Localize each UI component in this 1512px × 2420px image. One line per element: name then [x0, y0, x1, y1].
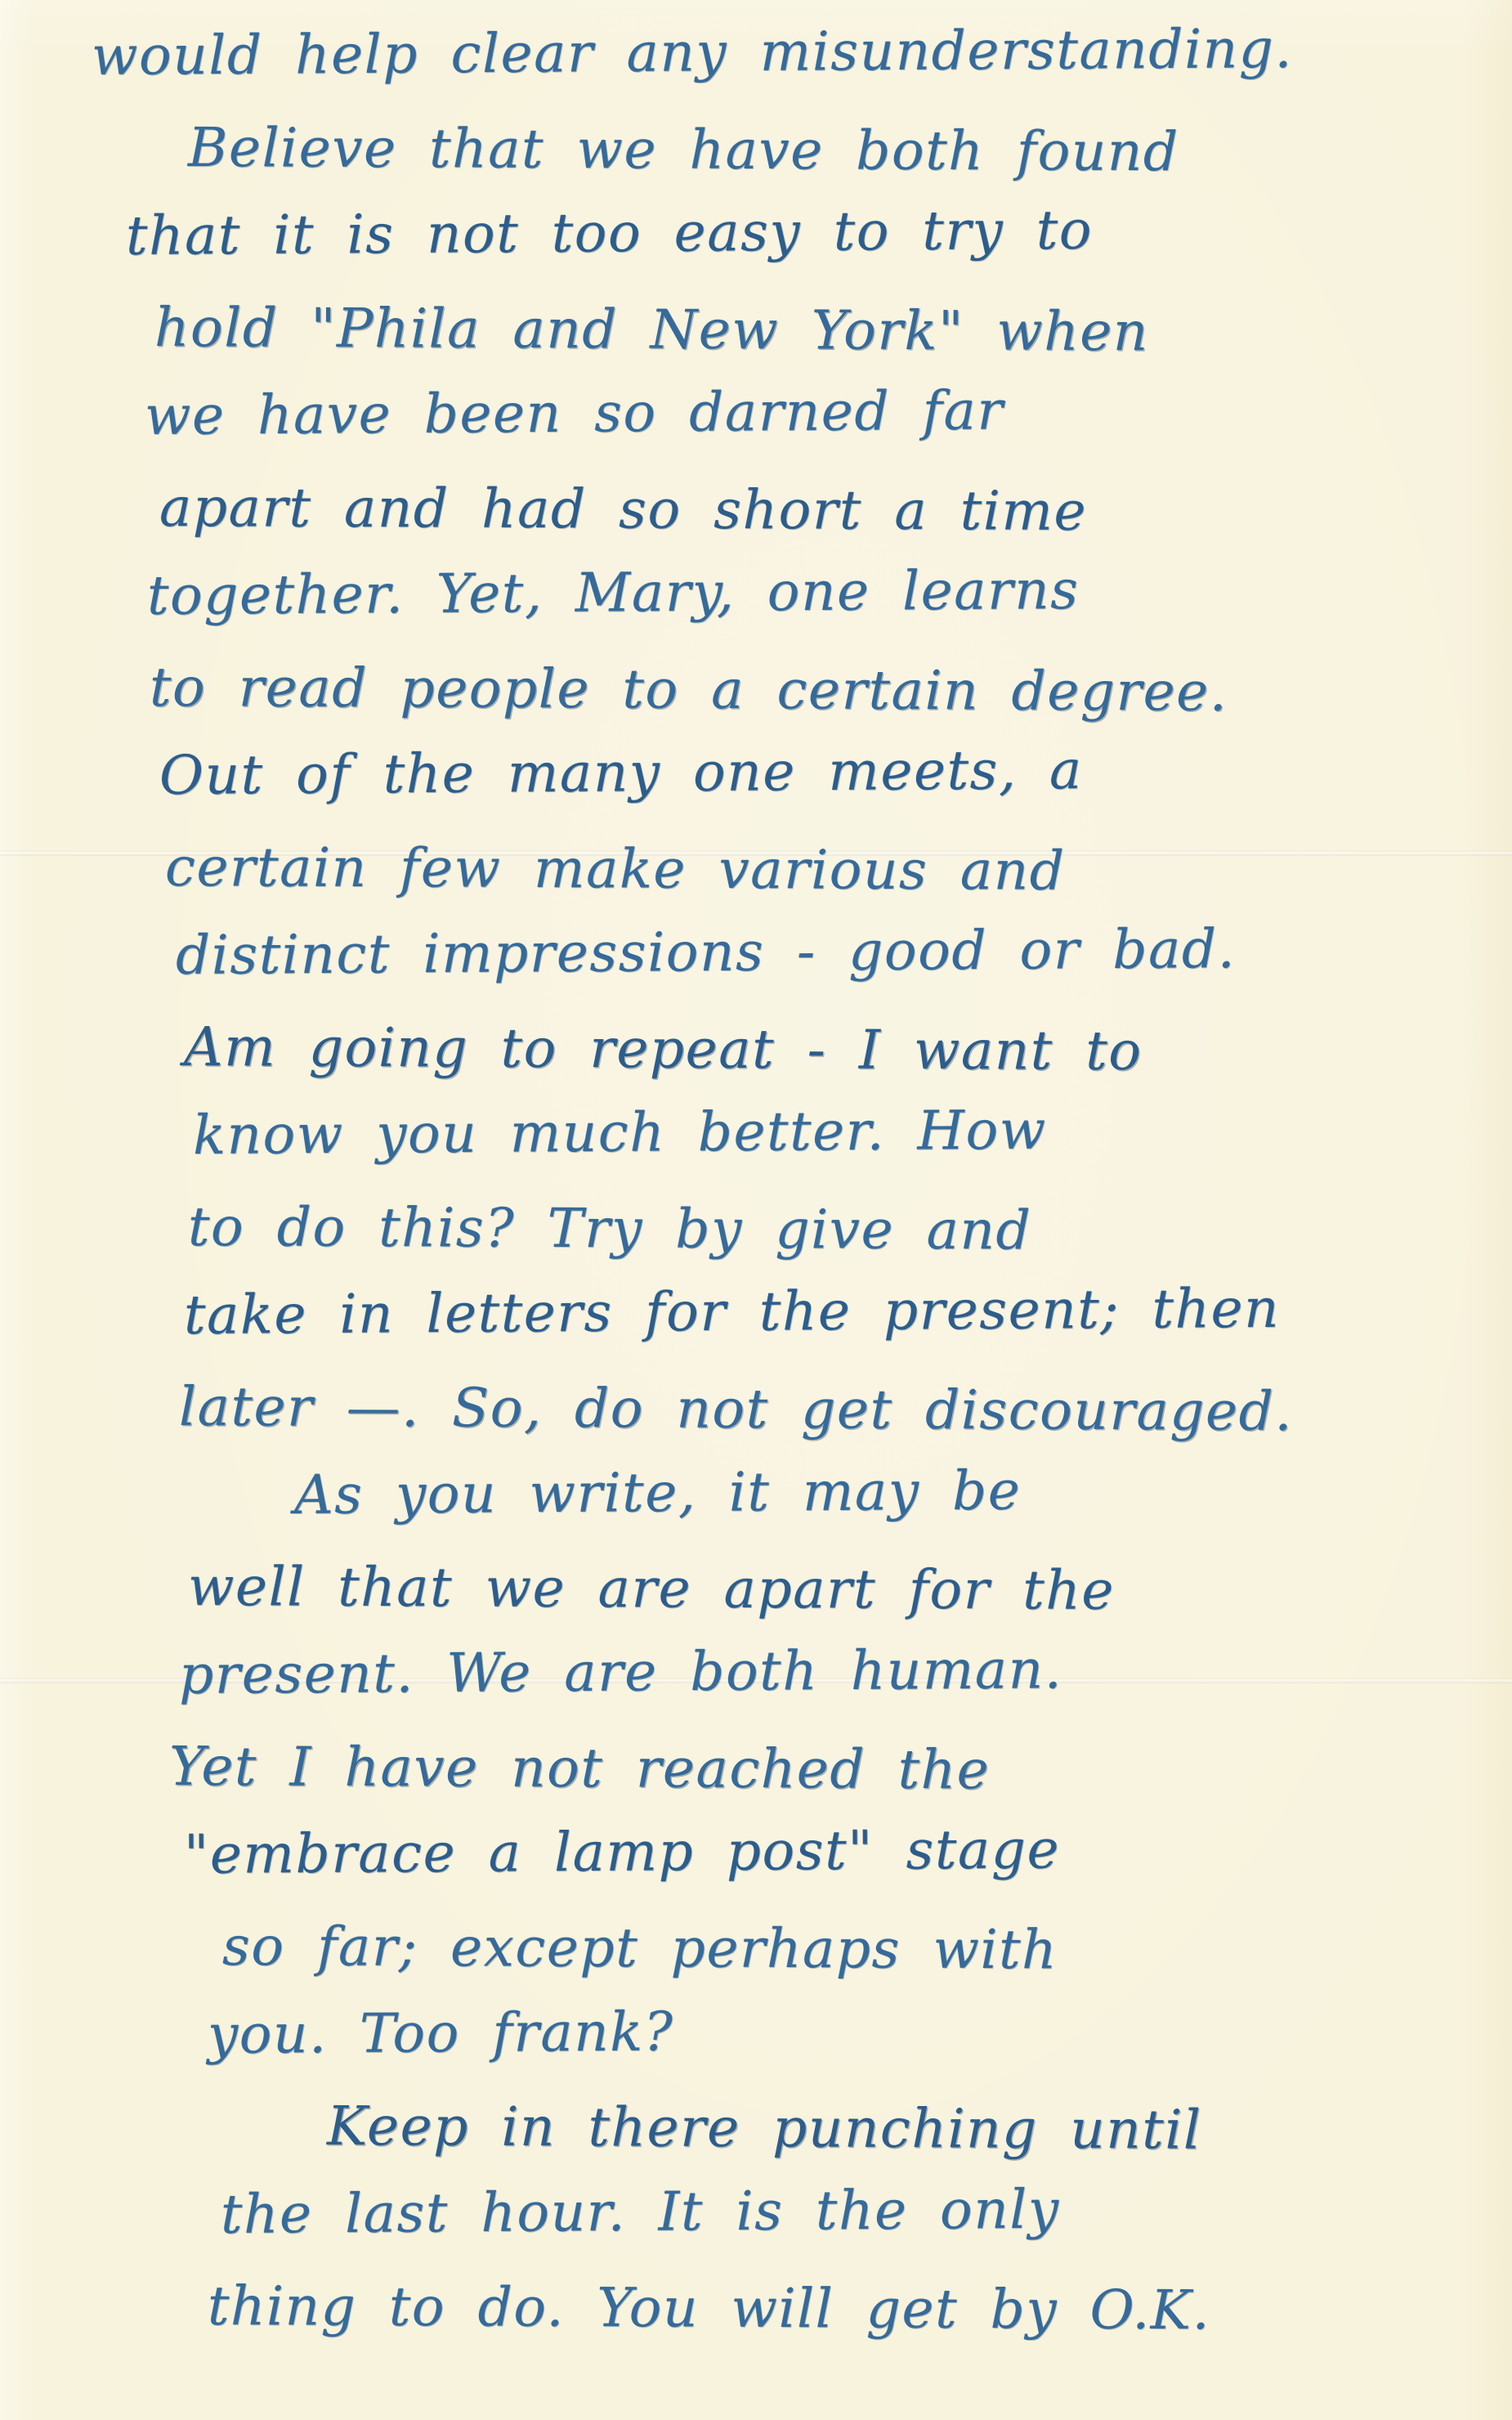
letter-line-21: "embrace a lamp post" stage [184, 1802, 1512, 1900]
letter-line-3: that it is not too easy to try to [126, 183, 1512, 281]
letter-line-19: present. We are both human. [179, 1622, 1512, 1720]
letter-body: would help clear any misunderstanding. B… [0, 11, 1512, 2350]
letter-line-13: know you much better. How [193, 1082, 1512, 1181]
letter-line-17: As you write, it may be [294, 1443, 1512, 1540]
letter-line-26: thing to do. You will get by O.K. [208, 2261, 1512, 2357]
letter-line-11: distinct impressions - good or bad. [176, 903, 1512, 1001]
letter-page: would help clear any misunderstanding. B… [0, 0, 1512, 2420]
letter-line-23: you. Too frank? [208, 1982, 1512, 2080]
letter-line-5: we have been so darned far [145, 363, 1512, 461]
letter-line-25: the last hour. It is the only [221, 2162, 1512, 2260]
letter-line-15: take in letters for the present; then [184, 1262, 1512, 1360]
letter-line-9: Out of the many one meets, a [159, 723, 1512, 821]
letter-line-1: would help clear any misunderstanding. [92, 2, 1512, 101]
letter-line-7: together. Yet, Mary, one learns [147, 543, 1512, 641]
